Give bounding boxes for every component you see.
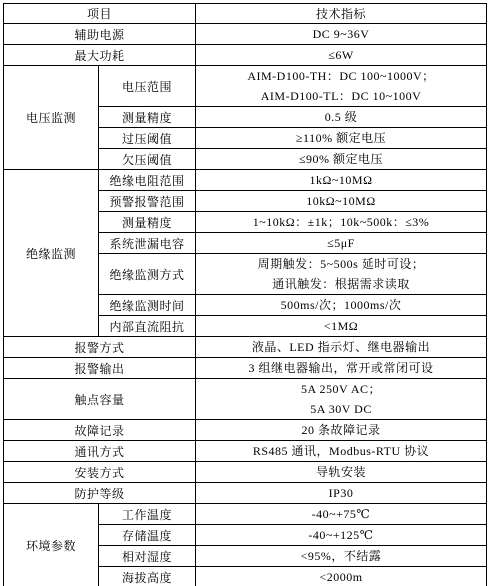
- item-label: 工作温度: [99, 504, 196, 525]
- spec-value: <1MΩ: [196, 316, 487, 337]
- group-label: 电压监测: [4, 66, 99, 170]
- spec-sheet-page: 项目 技术指标 辅助电源DC 9~36V最大功耗≤6W电压监测电压范围AIM-D…: [0, 0, 489, 586]
- spec-value: 5A 250V AC；5A 30V DC: [196, 379, 487, 420]
- spec-value-line: <2000m: [198, 567, 484, 586]
- item-label: 触点容量: [4, 379, 196, 420]
- spec-value-line: ≤90% 额定电压: [198, 149, 484, 169]
- table-row: 报警方式液晶、LED 指示灯、继电器输出: [4, 337, 487, 358]
- spec-value: ≥110% 额定电压: [196, 128, 487, 149]
- table-row: 环境参数工作温度-40~+75℃: [4, 504, 487, 525]
- spec-value-line: ≤5μF: [198, 233, 484, 253]
- spec-value-line: -40~+125℃: [198, 525, 484, 545]
- item-label: 防护等级: [4, 483, 196, 504]
- spec-value-line: 3 组继电器输出，常开或常闭可设: [198, 358, 484, 378]
- spec-value-line: AIM-D100-TH：DC 100~1000V；: [198, 66, 484, 86]
- spec-value-line: 0.5 级: [198, 107, 484, 127]
- spec-value-line: AIM-D100-TL：DC 10~100V: [198, 86, 484, 106]
- spec-value: -40~+125℃: [196, 525, 487, 546]
- spec-value: IP30: [196, 483, 487, 504]
- table-row: 辅助电源DC 9~36V: [4, 24, 487, 45]
- spec-value-line: <1MΩ: [198, 316, 484, 336]
- item-label: 欠压阈值: [99, 149, 196, 170]
- spec-value-line: 周期触发：5~500s 延时可设；: [198, 254, 484, 274]
- group-label: 环境参数: [4, 504, 99, 586]
- item-label: 过压阈值: [99, 128, 196, 149]
- table-row: 触点容量5A 250V AC；5A 30V DC: [4, 379, 487, 420]
- spec-value-line: DC 9~36V: [198, 24, 484, 44]
- spec-value: 导轨安装: [196, 462, 487, 483]
- spec-value: <2000m: [196, 567, 487, 586]
- spec-value: 周期触发：5~500s 延时可设；通讯触发：根据需求读取: [196, 254, 487, 295]
- spec-value-line: 1~10kΩ：±1k；10k~500k：≤3%: [198, 212, 484, 232]
- spec-value-line: 5A 250V AC；: [198, 379, 484, 399]
- item-label: 预警报警范围: [99, 191, 196, 212]
- table-row: 防护等级IP30: [4, 483, 487, 504]
- spec-value: 500ms/次；1000ms/次: [196, 295, 487, 316]
- header-spec: 技术指标: [196, 4, 487, 24]
- item-label: 安装方式: [4, 462, 196, 483]
- table-row: 绝缘监测绝缘电阻范围1kΩ~10MΩ: [4, 170, 487, 191]
- item-label: 通讯方式: [4, 441, 196, 462]
- header-item: 项目: [4, 4, 196, 24]
- spec-value: -40~+75℃: [196, 504, 487, 525]
- group-label: 绝缘监测: [4, 170, 99, 337]
- spec-value: 液晶、LED 指示灯、继电器输出: [196, 337, 487, 358]
- spec-value-line: ≥110% 额定电压: [198, 128, 484, 148]
- spec-value-line: 5A 30V DC: [198, 399, 484, 419]
- spec-value: 0.5 级: [196, 107, 487, 128]
- spec-value: ≤5μF: [196, 233, 487, 254]
- item-label: 绝缘电阻范围: [99, 170, 196, 191]
- spec-value-line: ≤6W: [198, 45, 484, 65]
- item-label: 最大功耗: [4, 45, 196, 66]
- spec-value: <95%，不结露: [196, 546, 487, 567]
- spec-value-line: RS485 通讯，Modbus-RTU 协议: [198, 441, 484, 461]
- spec-value: 1~10kΩ：±1k；10k~500k：≤3%: [196, 212, 487, 233]
- spec-value-line: 1kΩ~10MΩ: [198, 170, 484, 190]
- spec-value: 20 条故障记录: [196, 420, 487, 441]
- spec-value-line: IP30: [198, 483, 484, 503]
- spec-value: RS485 通讯，Modbus-RTU 协议: [196, 441, 487, 462]
- table-row: 电压监测电压范围AIM-D100-TH：DC 100~1000V；AIM-D10…: [4, 66, 487, 107]
- spec-value: 3 组继电器输出，常开或常闭可设: [196, 358, 487, 379]
- table-row: 最大功耗≤6W: [4, 45, 487, 66]
- spec-value: ≤90% 额定电压: [196, 149, 487, 170]
- table-row: 通讯方式RS485 通讯，Modbus-RTU 协议: [4, 441, 487, 462]
- spec-value: ≤6W: [196, 45, 487, 66]
- spec-value-line: -40~+75℃: [198, 504, 484, 524]
- table-row: 安装方式导轨安装: [4, 462, 487, 483]
- item-label: 测量精度: [99, 212, 196, 233]
- item-label: 故障记录: [4, 420, 196, 441]
- item-label: 测量精度: [99, 107, 196, 128]
- spec-value-line: 通讯触发：根据需求读取: [198, 274, 484, 294]
- spec-value-line: 10kΩ~10MΩ: [198, 191, 484, 211]
- spec-value-line: 500ms/次；1000ms/次: [198, 295, 484, 315]
- spec-value-line: 导轨安装: [198, 462, 484, 482]
- spec-value-line: 20 条故障记录: [198, 420, 484, 440]
- item-label: 电压范围: [99, 66, 196, 107]
- item-label: 相对湿度: [99, 546, 196, 567]
- spec-table: 项目 技术指标 辅助电源DC 9~36V最大功耗≤6W电压监测电压范围AIM-D…: [3, 3, 487, 586]
- spec-value: 10kΩ~10MΩ: [196, 191, 487, 212]
- item-label: 报警方式: [4, 337, 196, 358]
- item-label: 系统泄漏电容: [99, 233, 196, 254]
- table-header-row: 项目 技术指标: [4, 4, 487, 24]
- spec-value: 1kΩ~10MΩ: [196, 170, 487, 191]
- item-label: 报警输出: [4, 358, 196, 379]
- item-label: 海拔高度: [99, 567, 196, 586]
- table-row: 故障记录20 条故障记录: [4, 420, 487, 441]
- table-row: 报警输出3 组继电器输出，常开或常闭可设: [4, 358, 487, 379]
- item-label: 存储温度: [99, 525, 196, 546]
- spec-table-body: 辅助电源DC 9~36V最大功耗≤6W电压监测电压范围AIM-D100-TH：D…: [4, 24, 487, 586]
- spec-value: DC 9~36V: [196, 24, 487, 45]
- item-label: 辅助电源: [4, 24, 196, 45]
- item-label: 绝缘监测方式: [99, 254, 196, 295]
- spec-value: AIM-D100-TH：DC 100~1000V；AIM-D100-TL：DC …: [196, 66, 487, 107]
- spec-value-line: 液晶、LED 指示灯、继电器输出: [198, 337, 484, 357]
- item-label: 绝缘监测时间: [99, 295, 196, 316]
- item-label: 内部直流阻抗: [99, 316, 196, 337]
- spec-value-line: <95%，不结露: [198, 546, 484, 566]
